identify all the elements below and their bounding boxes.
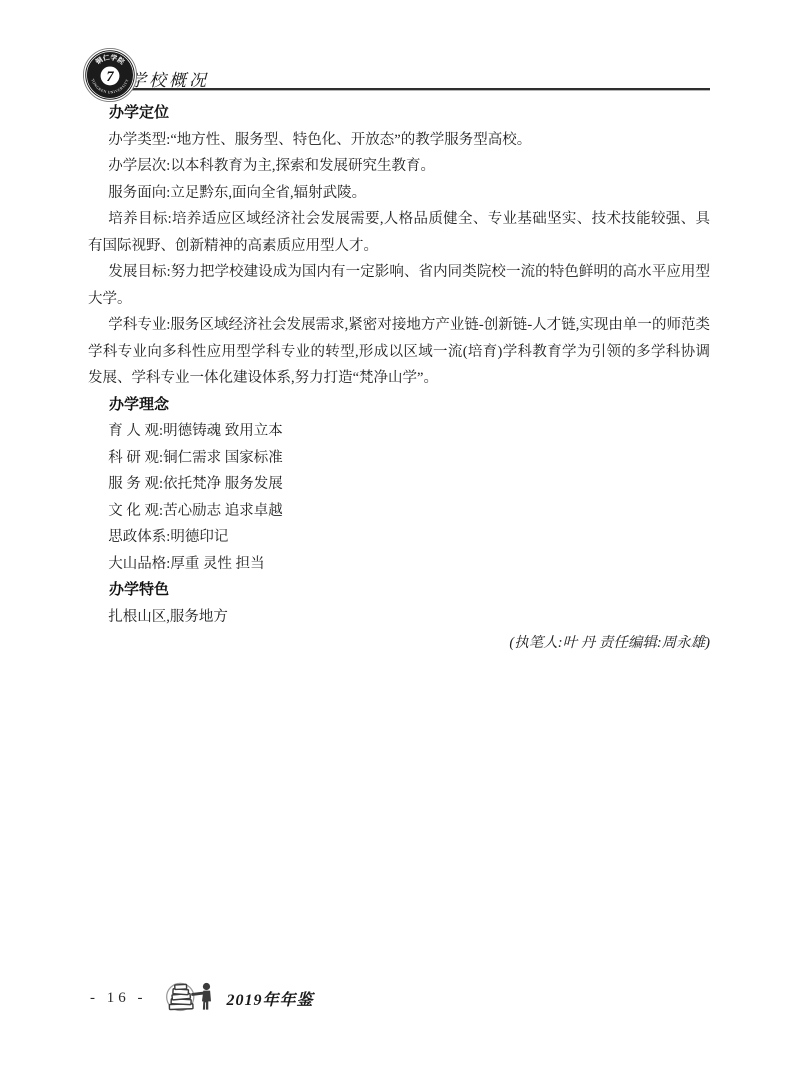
paragraph-school-level: 办学层次:以本科教育为主,探索和发展研究生教育。: [88, 153, 710, 180]
page-content: 办学定位 办学类型:“地方性、服务型、特色化、开放态”的教学服务型高校。 办学层…: [88, 100, 710, 657]
page-footer: - 16 - 2019年年鉴: [90, 976, 314, 1020]
paragraph-disciplines: 学科专业:服务区域经济社会发展需求,紧密对接地方产业链-创新链-人才链,实现由单…: [88, 312, 710, 392]
paragraph-school-type: 办学类型:“地方性、服务型、特色化、开放态”的教学服务型高校。: [88, 127, 710, 154]
books-mascot-icon: [163, 977, 221, 1020]
paragraph-service-scope: 服务面向:立足黔东,面向全省,辐射武陵。: [88, 180, 710, 207]
paragraph-features: 扎根山区,服务地方: [88, 604, 710, 631]
philosophy-culture-view: 文 化 观:苦心励志 追求卓越: [88, 498, 710, 525]
philosophy-service-view: 服 务 观:依托梵净 服务发展: [88, 471, 710, 498]
logo-center-glyph: 7: [106, 69, 114, 85]
byline: (执笔人:叶 丹 责任编辑:周永雄): [88, 630, 710, 657]
philosophy-education-view: 育 人 观:明德铸魂 致用立本: [88, 418, 710, 445]
heading-positioning: 办学定位: [88, 100, 710, 127]
paragraph-training-goal: 培养目标:培养适应区域经济社会发展需要,人格品质健全、专业基础坚实、技术技能较强…: [88, 206, 710, 259]
philosophy-mountain-character: 大山品格:厚重 灵性 担当: [88, 551, 710, 578]
philosophy-research-view: 科 研 观:铜仁需求 国家标准: [88, 445, 710, 472]
university-seal-icon: 铜仁学院 TONGREN UNIVERSITY 7: [83, 48, 137, 102]
university-seal-logo: 铜仁学院 TONGREN UNIVERSITY 7: [83, 48, 137, 102]
page-number: - 16 -: [90, 990, 147, 1007]
section-title: 学校概况: [129, 66, 209, 91]
paragraph-development-goal: 发展目标:努力把学校建设成为国内有一定影响、省内同类院校一流的特色鲜明的高水平应…: [88, 259, 710, 312]
heading-philosophy: 办学理念: [88, 392, 710, 419]
yearbook-page: 铜仁学院 TONGREN UNIVERSITY 7 学校概况 办学定位 办学类型…: [0, 0, 793, 1077]
heading-features: 办学特色: [88, 577, 710, 604]
philosophy-ideology-system: 思政体系:明德印记: [88, 524, 710, 551]
yearbook-title: 2019年年鉴: [227, 987, 314, 1010]
